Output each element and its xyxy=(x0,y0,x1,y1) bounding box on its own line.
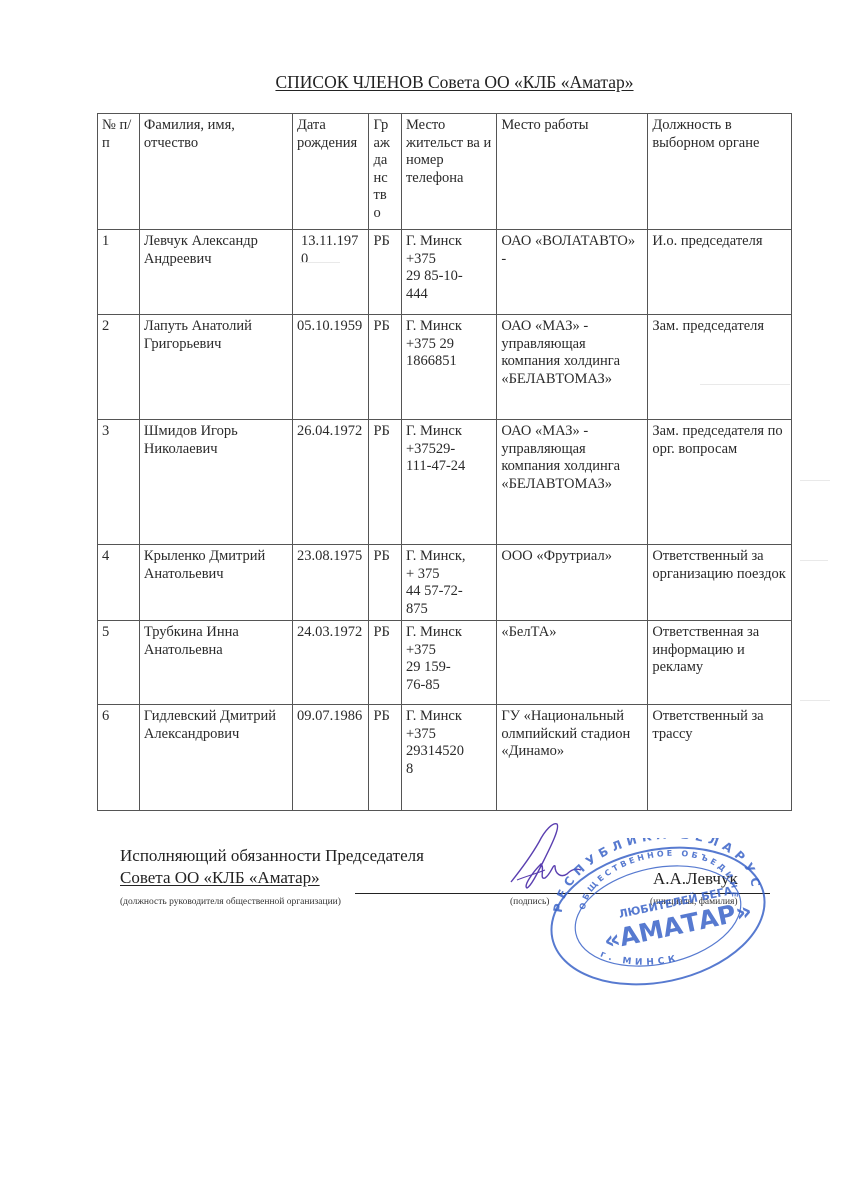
signer-position: Исполняющий обязанности Председателя Сов… xyxy=(120,845,424,889)
scan-artifact xyxy=(800,700,830,701)
row-full-name: Трубкина Инна Анатольевна xyxy=(139,621,292,705)
row-residence-phone: Г. Минск +375 29 85-10- 444 xyxy=(401,230,496,315)
row-birth-date: 13.11.1970 xyxy=(292,230,369,315)
document-title: СПИСОК ЧЛЕНОВ Совета ОО «КЛБ «Аматар» xyxy=(0,72,849,93)
row-number: 1 xyxy=(98,230,140,315)
row-position: Зам. председателя xyxy=(648,315,792,420)
header-position: Должность в выборном органе xyxy=(648,114,792,230)
header-workplace: Место работы xyxy=(497,114,648,230)
row-birth-date: 26.04.1972 xyxy=(292,420,369,545)
row-position: Ответственная за информацию и рекламу xyxy=(648,621,792,705)
row-full-name: Левчук Александр Андреевич xyxy=(139,230,292,315)
row-full-name: Шмидов Игорь Николаевич xyxy=(139,420,292,545)
row-full-name: Крыленко Дмитрий Анатольевич xyxy=(139,545,292,621)
row-position: Ответственный за трассу xyxy=(648,705,792,811)
members-table: № п/п Фамилия, имя, отчество Дата рожден… xyxy=(97,113,792,811)
row-number: 6 xyxy=(98,705,140,811)
header-birth-date: Дата рождения xyxy=(292,114,369,230)
row-workplace: ОАО «МАЗ» - управляющая компания холдинг… xyxy=(497,420,648,545)
row-citizenship: РБ xyxy=(369,705,401,811)
row-workplace: ГУ «Национальный олмпийский стадион «Дин… xyxy=(497,705,648,811)
row-position: Зам. председателя по орг. вопросам xyxy=(648,420,792,545)
row-workplace: «БелТА» xyxy=(497,621,648,705)
row-workplace: ОАО «МАЗ» - управляющая компания холдинг… xyxy=(497,315,648,420)
row-position: Ответственный за организацию поездок xyxy=(648,545,792,621)
table-row: 4 Крыленко Дмитрий Анатольевич 23.08.197… xyxy=(98,545,792,621)
signer-position-line2: Совета ОО «КЛБ «Аматар» xyxy=(120,867,424,889)
table-row: 6 Гидлевский Дмитрий Александрович 09.07… xyxy=(98,705,792,811)
row-residence-phone: Г. Минск +375 29 1866851 xyxy=(401,315,496,420)
caption-position: (должность руководителя общественной орг… xyxy=(120,897,341,907)
scan-artifact xyxy=(700,384,790,385)
row-position: И.о. председателя xyxy=(648,230,792,315)
row-citizenship: РБ xyxy=(369,230,401,315)
row-workplace: ООО «Фрутриал» xyxy=(497,545,648,621)
row-citizenship: РБ xyxy=(369,545,401,621)
row-number: 4 xyxy=(98,545,140,621)
row-number: 5 xyxy=(98,621,140,705)
row-full-name: Лапуть Анатолий Григорьевич xyxy=(139,315,292,420)
row-residence-phone: Г. Минск +375 29314520 8 xyxy=(401,705,496,811)
table-header-row: № п/п Фамилия, имя, отчество Дата рожден… xyxy=(98,114,792,230)
header-citizenship: Гр аж да нс тв о xyxy=(369,114,401,230)
row-birth-date: 24.03.1972 xyxy=(292,621,369,705)
scan-artifact xyxy=(800,480,830,481)
signer-position-line1: Исполняющий обязанности Председателя xyxy=(120,845,424,867)
table-row: 5 Трубкина Инна Анатольевна 24.03.1972 Р… xyxy=(98,621,792,705)
header-residence-phone: Место жительст ва и номер телефона xyxy=(401,114,496,230)
row-residence-phone: Г. Минск, + 375 44 57-72- 875 xyxy=(401,545,496,621)
row-number: 2 xyxy=(98,315,140,420)
row-residence-phone: Г. Минск +37529- 111-47-24 xyxy=(401,420,496,545)
row-full-name: Гидлевский Дмитрий Александрович xyxy=(139,705,292,811)
table-row: 2 Лапуть Анатолий Григорьевич 05.10.1959… xyxy=(98,315,792,420)
scan-artifact xyxy=(800,560,828,561)
row-residence-phone: Г. Минск +375 29 159- 76-85 xyxy=(401,621,496,705)
organization-stamp-icon: РЕСПУБЛИКА БЕЛАРУСЬ ОБЩЕСТВЕННОЕ ОБЪЕДИН… xyxy=(540,838,775,988)
row-citizenship: РБ xyxy=(369,420,401,545)
row-citizenship: РБ xyxy=(369,315,401,420)
row-birth-date: 09.07.1986 xyxy=(292,705,369,811)
row-birth-date: 05.10.1959 xyxy=(292,315,369,420)
scan-artifact xyxy=(300,262,340,263)
table-row: 3 Шмидов Игорь Николаевич 26.04.1972 РБ … xyxy=(98,420,792,545)
row-birth-date: 23.08.1975 xyxy=(292,545,369,621)
row-workplace: ОАО «ВОЛАТАВТО» - xyxy=(497,230,648,315)
table-row: 1 Левчук Александр Андреевич 13.11.1970 … xyxy=(98,230,792,315)
row-number: 3 xyxy=(98,420,140,545)
header-full-name: Фамилия, имя, отчество xyxy=(139,114,292,230)
header-number: № п/п xyxy=(98,114,140,230)
row-citizenship: РБ xyxy=(369,621,401,705)
